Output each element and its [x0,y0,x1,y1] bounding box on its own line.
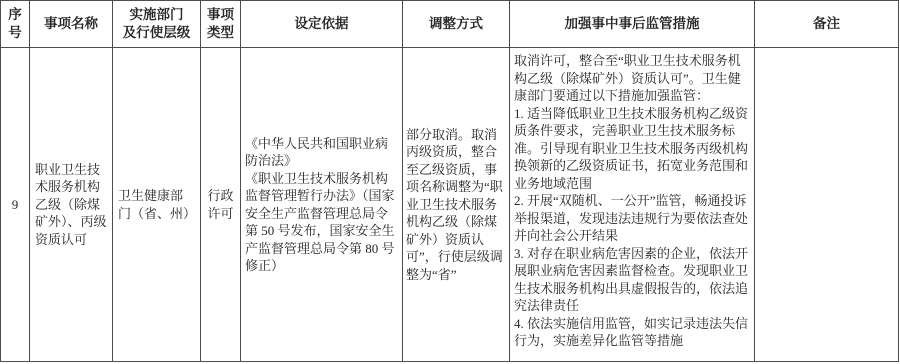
header-col-supervision: 加强事中事后监管措施 [510,1,755,48]
header-col-remark: 备注 [755,1,899,48]
legal-basis-paragraph: 《中华人民共和国职业病防治法》 [245,135,398,170]
supervision-paragraph: 1. 适当降低职业卫生技术服务机构乙级资质条件要求，完善职业卫生技术服务标准。引… [514,105,750,193]
cell-remark [755,48,899,362]
header-col-item-name: 事项名称 [30,1,113,48]
header-col-index: 序 号 [1,1,30,48]
regulation-items-table: 序 号 事项名称 实施部门 及行使层级 事项 类型 设定依据 调整方式 加强事中… [0,0,899,362]
cell-legal-basis: 《中华人民共和国职业病防治法》 《职业卫生技术服务机构监督管理暂行办法》（国家安… [241,48,403,362]
table-row: 9 职业卫生技术服务机构乙级（除煤矿外）、丙级资质认可 卫生健康部门（省、州） … [1,48,899,362]
cell-supervision: 取消许可，整合至“职业卫生技术服务机构乙级（除煤矿外）资质认可”。卫生健康部门要… [510,48,755,362]
supervision-paragraph: 4. 依法实施信用监管，如实记录违法失信行为，实施差异化监管等措施 [514,315,750,350]
cell-item-name: 职业卫生技术服务机构乙级（除煤矿外）、丙级资质认可 [30,48,113,362]
header-col-legal-basis: 设定依据 [241,1,403,48]
header-col-item-type: 事项 类型 [201,1,241,48]
supervision-paragraph: 3. 对存在职业病危害因素的企业，依法开展职业病危害因素监督检查。发现职业卫生技… [514,245,750,315]
header-col-adjustment: 调整方式 [403,1,510,48]
header-col-department: 实施部门 及行使层级 [113,1,201,48]
supervision-paragraph: 取消许可，整合至“职业卫生技术服务机构乙级（除煤矿外）资质认可”。卫生健康部门要… [514,52,750,105]
cell-item-type: 行政许可 [201,48,241,362]
cell-index: 9 [1,48,30,362]
cell-department: 卫生健康部门（省、州） [113,48,201,362]
legal-basis-paragraph: 《职业卫生技术服务机构监督管理暂行办法》（国家安全生产监督管理总局令第 50 号… [245,170,398,275]
cell-adjustment: 部分取消。取消丙级资质，整合至乙级资质，事项名称调整为“职业卫生技术服务机构乙级… [403,48,510,362]
supervision-paragraph: 2. 开展“双随机、一公开”监管，畅通投诉举报渠道，发现违法违规行为要依法查处并… [514,192,750,245]
header-row: 序 号 事项名称 实施部门 及行使层级 事项 类型 设定依据 调整方式 加强事中… [1,1,899,48]
